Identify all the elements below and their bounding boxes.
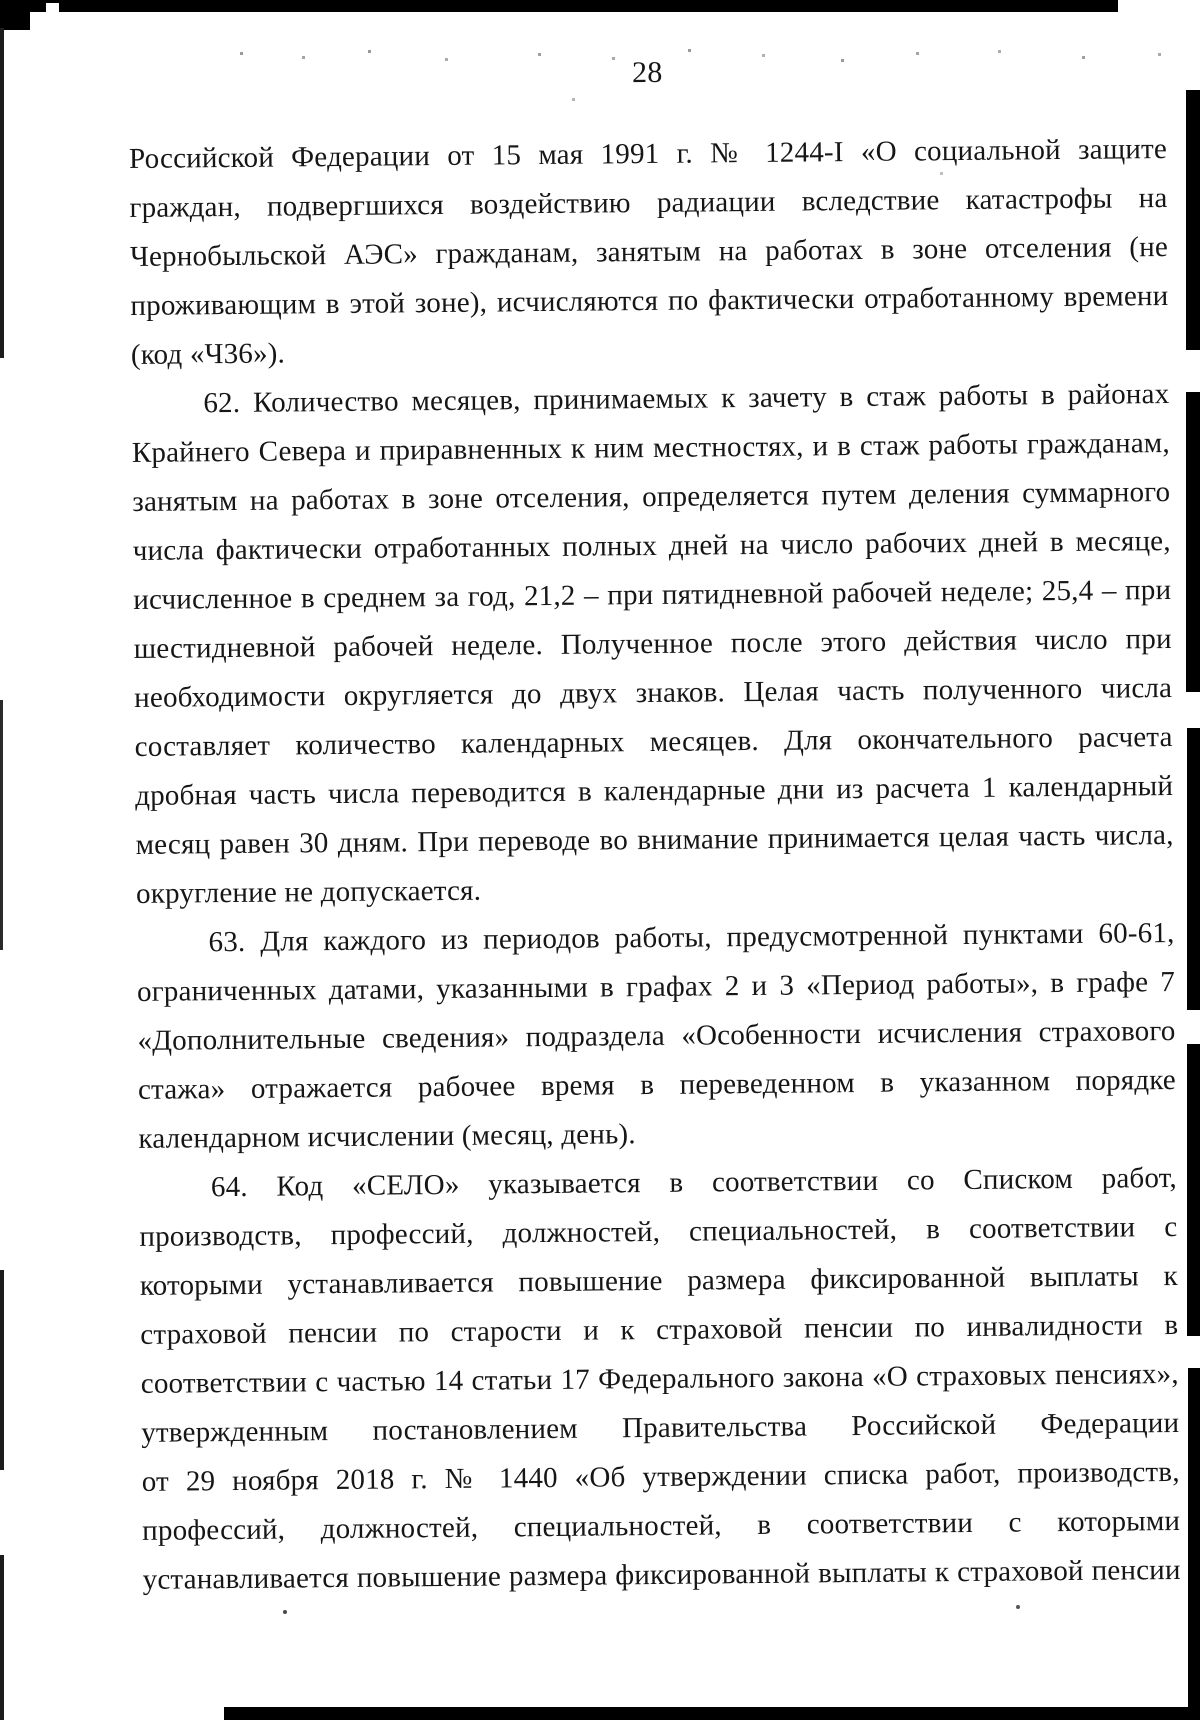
scan-artifact-bottom-bar: [224, 1707, 1200, 1720]
text-line: проживающим в этой зоне), исчисляются по…: [130, 272, 1168, 331]
scan-artifact-right-strip: [1188, 1368, 1200, 1707]
scan-artifact-right-strip: [1187, 728, 1200, 1010]
scan-artifact-top-bar-notch: [46, 3, 59, 12]
text-line: стажа» отражается рабочее время в переве…: [138, 1056, 1176, 1115]
scan-artifact-left-strip: [0, 700, 3, 950]
text-line: месяц равен 30 дням. При переводе во вни…: [135, 811, 1173, 870]
document-page: 28 Российской Федерации от 15 мая 1991 г…: [0, 0, 1200, 1720]
scan-noise-speckles: [240, 52, 243, 55]
scan-noise-dot: [283, 1610, 287, 1614]
scan-noise-dot: [1016, 1605, 1020, 1609]
scan-artifact-right-strip: [1187, 1044, 1200, 1336]
scan-artifact-right-strip: [1186, 392, 1200, 692]
scan-artifact-left-strip: [0, 1555, 4, 1720]
scan-artifact-left-strip: [0, 1270, 4, 1470]
scan-artifact-left-strip: [0, 28, 4, 358]
scan-artifact-top-left-corner: [0, 0, 30, 30]
document-text: Российской Федерации от 15 мая 1991 г. №…: [129, 125, 1181, 1605]
text-line: устанавливается повышение размера фиксир…: [142, 1546, 1180, 1605]
scan-artifact-top-bar: [0, 0, 1118, 12]
page-number: 28: [128, 43, 1166, 102]
document-text-block: 28 Российской Федерации от 15 мая 1991 г…: [128, 43, 1181, 1605]
scan-artifact-right-strip: [1186, 90, 1200, 350]
